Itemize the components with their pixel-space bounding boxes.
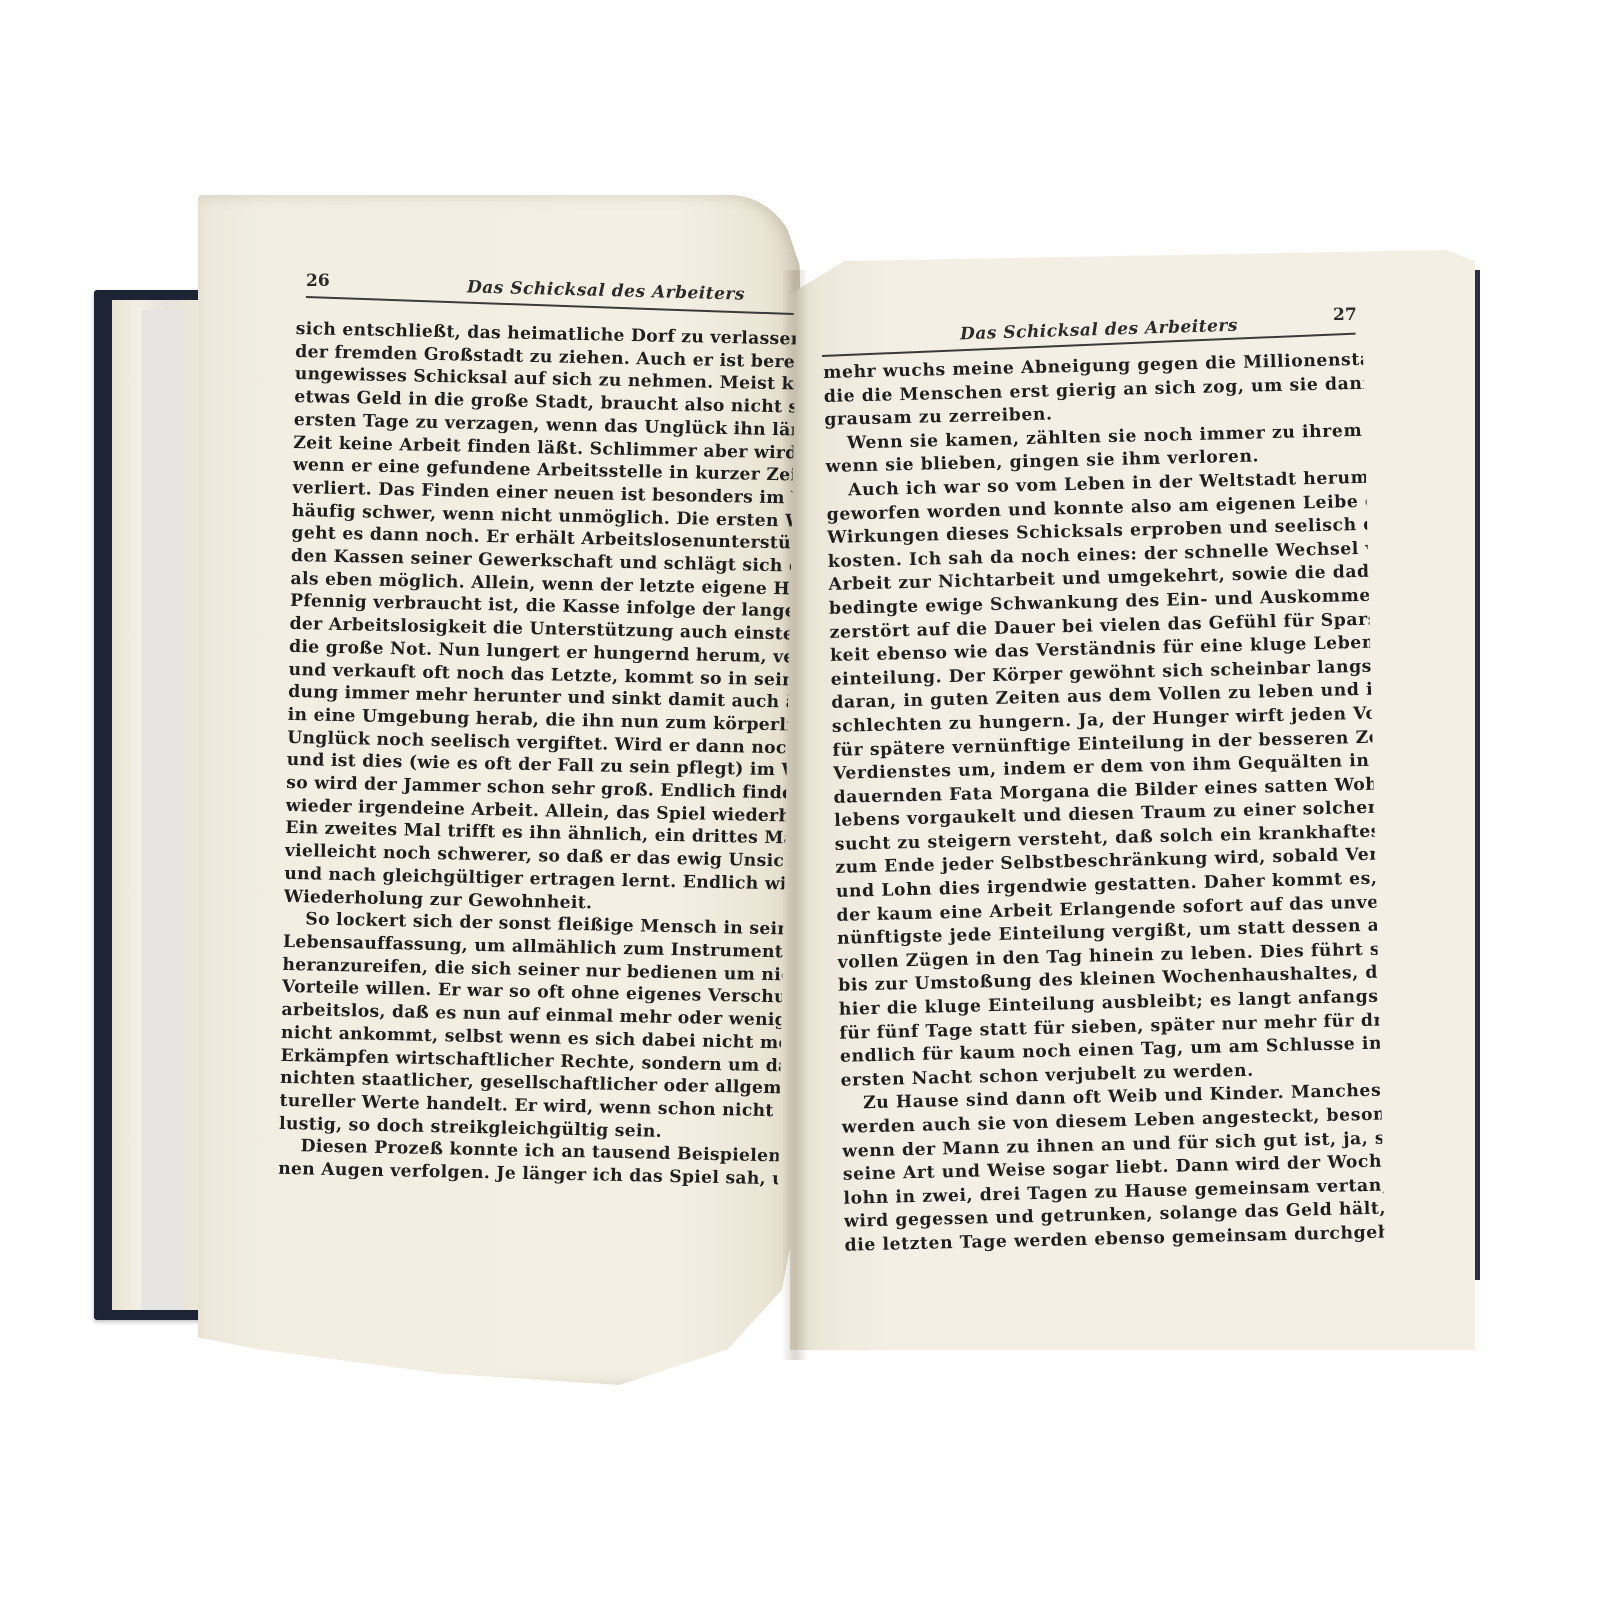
right-page-text: mehr wuchs meine Abneigung gegen die Mil… [823,349,1385,1258]
flyleaf [142,310,182,1310]
left-page-number: 26 [306,271,330,291]
page-stack [112,300,202,1310]
right-page-number: 27 [1333,305,1357,325]
left-page-text: sich entschließt, das heimatliche Dorf z… [278,318,796,1191]
book-photo: 26 Das Schicksal des Arbeiters Das Schic… [0,0,1600,1600]
